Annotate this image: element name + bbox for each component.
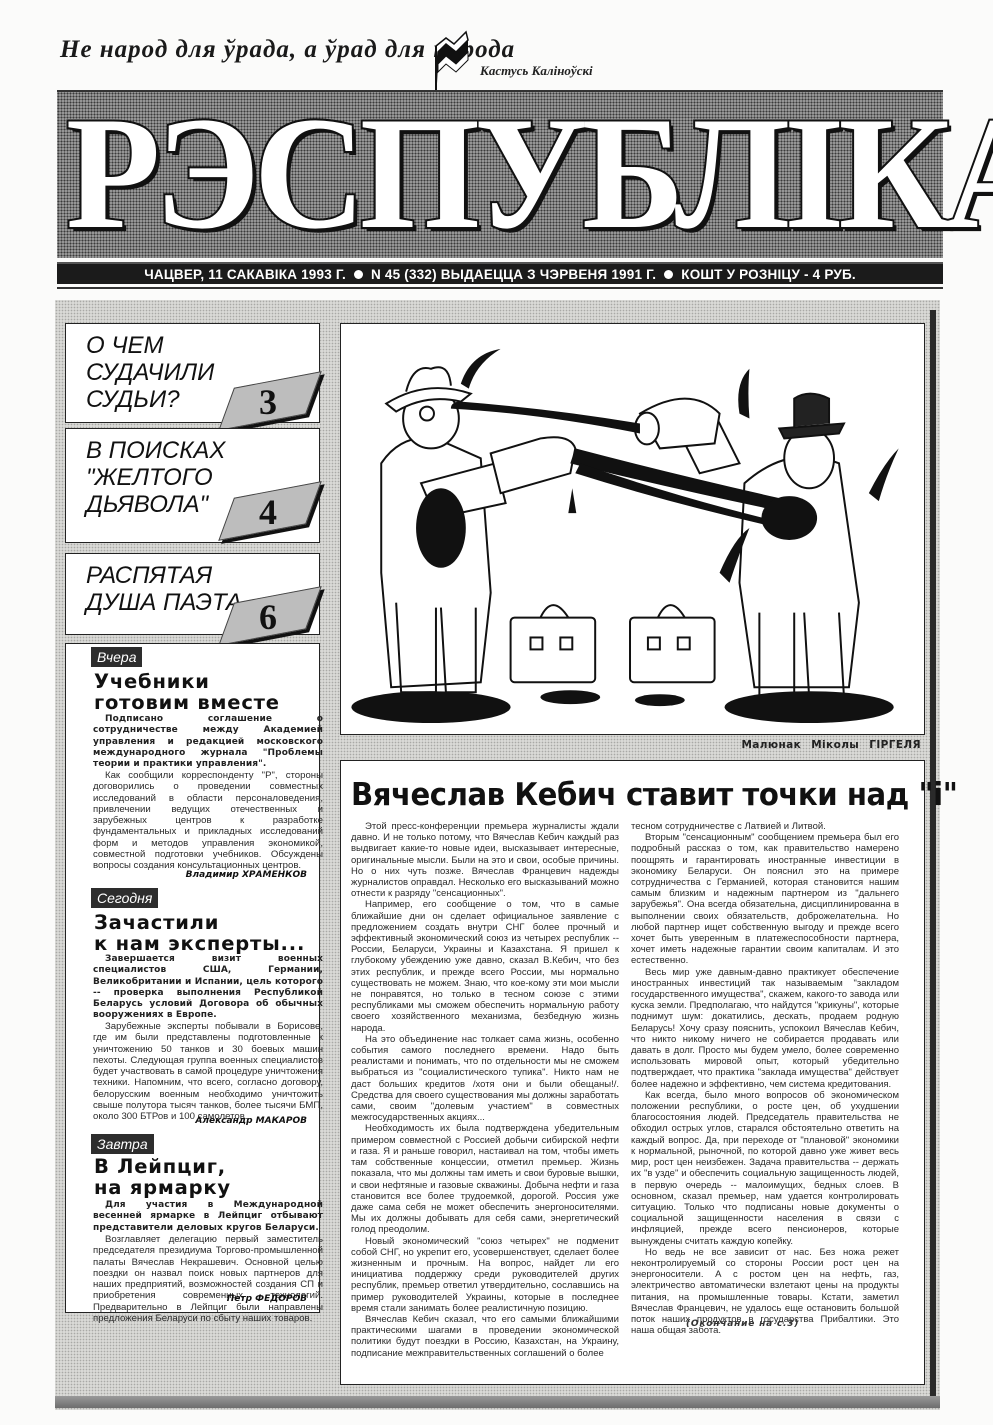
continuation-link[interactable]: (Окончание на с.3): [686, 1319, 799, 1329]
section-tag-yesterday: Вчера: [91, 647, 142, 667]
masthead-motto-author: Кастусь Каліноўскі: [480, 63, 593, 79]
page-number: 4: [222, 491, 314, 533]
news-sidebar: Вчера Учебники готовим вместе Подписано …: [65, 643, 320, 1313]
cartoon-illustration: [340, 323, 925, 735]
news-author: Владимир ХРАМЕНКОВ: [186, 870, 307, 880]
page-badge-3[interactable]: 3: [222, 375, 314, 427]
article-paragraph: Новый экономический "союз четырех" не по…: [351, 1236, 619, 1314]
article-paragraph: Например, его сообщение о том, что в сам…: [351, 899, 619, 1033]
page-number: 3: [222, 381, 314, 423]
article-column-1: Этой пресс-конференции премьера журналис…: [351, 821, 619, 1359]
article-paragraph: На это объединение нас толкает сама жизн…: [351, 1034, 619, 1124]
section-tag-tomorrow: Завтра: [91, 1134, 154, 1154]
article-paragraph: Необходимость их была подтверждена убеди…: [351, 1123, 619, 1235]
news-lead: Подписано соглашение о сотрудничестве ме…: [93, 714, 323, 770]
main-article: Вячеслав Кебич ставит точки над "і" Этой…: [340, 760, 925, 1385]
masthead-rule: [57, 287, 943, 289]
article-column-2: тесном сотрудничестве с Латвией и Литвой…: [631, 821, 899, 1336]
page-badge-4[interactable]: 4: [222, 485, 314, 537]
section-tag-today: Сегодня: [91, 888, 158, 908]
issue-number: N 45 (332) ВЫДАЕЦЦА З ЧЭРВЕНЯ 1991 Г.: [371, 267, 656, 282]
newspaper-title: РЭСПУБЛІКА: [66, 92, 934, 255]
page-number: 6: [222, 596, 314, 638]
page-bottom-bar: [55, 1396, 940, 1408]
bullet-icon: [354, 270, 363, 279]
article-headline: Вячеслав Кебич ставит точки над "і": [351, 777, 957, 813]
article-paragraph: Вторым "сенсационным" сообщением премьер…: [631, 832, 899, 966]
article-paragraph: тесном сотрудничестве с Латвией и Литвой…: [631, 821, 899, 832]
issue-price: КОШТ У РОЗНІЦУ - 4 РУБ.: [681, 267, 856, 282]
article-paragraph: Весь мир уже давным-давно практикует обе…: [631, 967, 899, 1090]
news-author: Петр ФЕДОРОВ: [227, 1294, 307, 1304]
page-badge-6[interactable]: 6: [222, 590, 314, 642]
news-body: Зарубежные эксперты побывали в Борисове,…: [93, 1021, 323, 1123]
masthead-banner: РЭСПУБЛІКА: [57, 90, 943, 258]
news-lead: Завершается визит военных специалистов С…: [93, 954, 323, 1022]
news-lead: Для участия в Международной весенней ярм…: [93, 1200, 323, 1234]
news-body: Как сообщили корреспонденту "Р", стороны…: [93, 770, 323, 872]
cartoon-credit: Малюнак Міколы ГІРГЕЛЯ: [741, 739, 921, 751]
teaser-title: В ПОИСКАХ "ЖЕЛТОГО ДЬЯВОЛА": [86, 437, 225, 518]
article-paragraph: Вячеслав Кебич сказал, что его самыми бл…: [351, 1314, 619, 1359]
news-headline: Зачастили к нам эксперты...: [94, 912, 324, 954]
teaser-title: РАСПЯТАЯ ДУША ПАЭТА: [86, 562, 242, 616]
article-paragraph: Этой пресс-конференции премьера журналис…: [351, 821, 619, 899]
cartoon-drawing: [341, 324, 924, 734]
flag-icon: [432, 30, 472, 90]
bullet-icon: [664, 270, 673, 279]
news-headline: Учебники готовим вместе: [94, 671, 324, 713]
teaser-title: О ЧЕМ СУДАЧИЛИ СУДЬИ?: [86, 332, 214, 413]
issue-date: ЧАЦВЕР, 11 САКАВІКА 1993 Г.: [144, 267, 346, 282]
news-author: Александр МАКАРОВ: [195, 1116, 307, 1126]
dateline-bar: ЧАЦВЕР, 11 САКАВІКА 1993 Г. N 45 (332) В…: [57, 262, 943, 284]
news-headline: В Лейпциг, на ярмарку: [94, 1156, 324, 1198]
article-paragraph: Как всегда, было много вопросов об эконо…: [631, 1090, 899, 1247]
news-body: Возглавляет делегацию первый заместитель…: [93, 1234, 323, 1324]
page-shadow: [930, 310, 936, 1400]
